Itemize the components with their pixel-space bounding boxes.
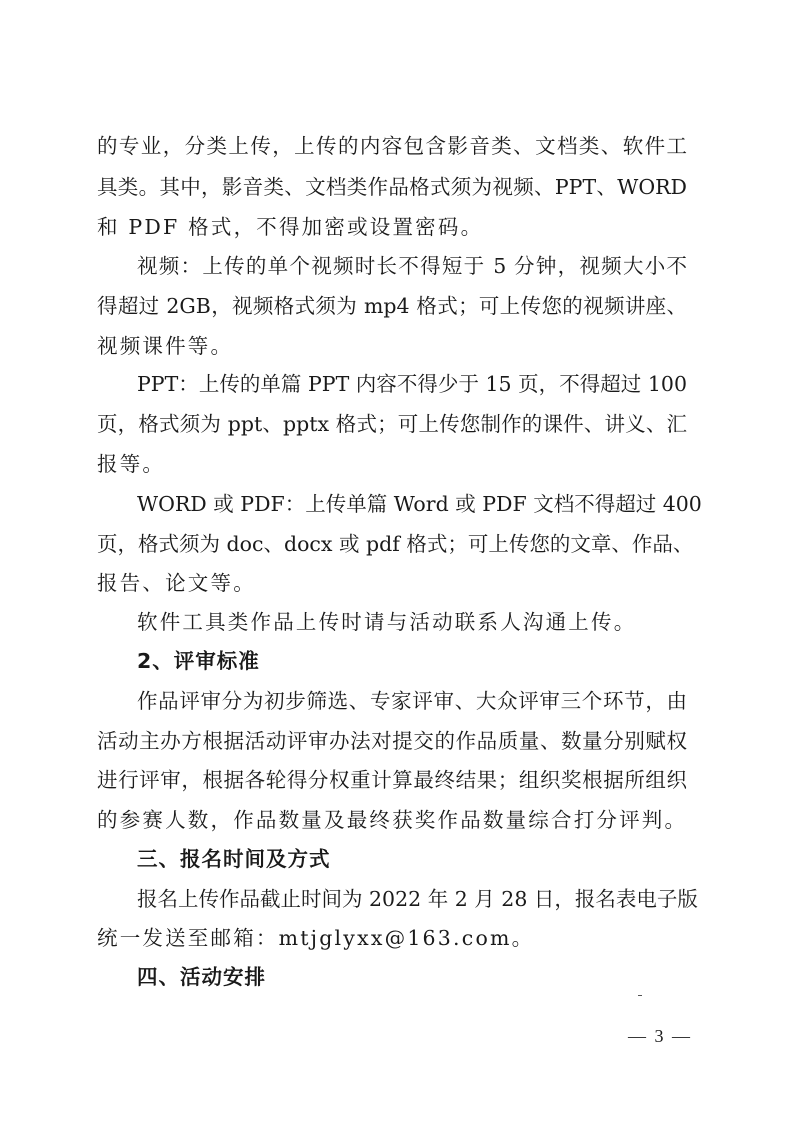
- word-pdf-paragraph-line: WORD 或 PDF：上传单篇 Word 或 PDF 文档不得超过 400: [137, 491, 687, 517]
- body-line: 报告、论文等。: [97, 570, 687, 596]
- body-line: 具类。其中，影音类、文档类作品格式须为视频、PPT、WORD: [97, 174, 687, 200]
- section-heading-activity-arrangement: 四、活动安排: [137, 964, 687, 990]
- body-line: 页，格式须为 ppt、pptx 格式；可上传您制作的课件、讲义、汇: [97, 411, 687, 437]
- body-line: 视频课件等。: [97, 333, 687, 359]
- section-heading-review-criteria: 2、评审标准: [137, 648, 687, 674]
- scan-artifact: [638, 995, 642, 996]
- body-line: 报等。: [97, 451, 687, 477]
- body-line: 的参赛人数，作品数量及最终获奖作品数量综合打分评判。: [97, 807, 687, 833]
- body-line: 页，格式须为 doc、docx 或 pdf 格式；可上传您的文章、作品、: [97, 531, 687, 557]
- registration-paragraph-line: 报名上传作品截止时间为 2022 年 2 月 28 日，报名表电子版: [137, 886, 687, 912]
- software-paragraph-line: 软件工具类作品上传时请与活动联系人沟通上传。: [137, 609, 687, 635]
- review-paragraph-line: 作品评审分为初步筛选、专家评审、大众评审三个环节，由: [137, 688, 687, 714]
- body-line: 进行评审，根据各轮得分权重计算最终结果；组织奖根据所组织: [97, 767, 687, 793]
- body-line: 和 PDF 格式，不得加密或设置密码。: [97, 214, 687, 240]
- page-number: — 3 —: [628, 1026, 692, 1047]
- body-line: 活动主办方根据活动评审办法对提交的作品质量、数量分别赋权: [97, 728, 687, 754]
- video-paragraph-line: 视频：上传的单个视频时长不得短于 5 分钟，视频大小不: [137, 253, 687, 279]
- body-line: 的专业，分类上传，上传的内容包含影音类、文档类、软件工: [97, 133, 687, 159]
- section-heading-registration: 三、报名时间及方式: [137, 846, 687, 872]
- body-line: 得超过 2GB，视频格式须为 mp4 格式；可上传您的视频讲座、: [97, 293, 687, 319]
- ppt-paragraph-line: PPT：上传的单篇 PPT 内容不得少于 15 页，不得超过 100: [137, 371, 687, 397]
- email-line: 统一发送至邮箱：mtjglyxx@163.com。: [97, 925, 687, 951]
